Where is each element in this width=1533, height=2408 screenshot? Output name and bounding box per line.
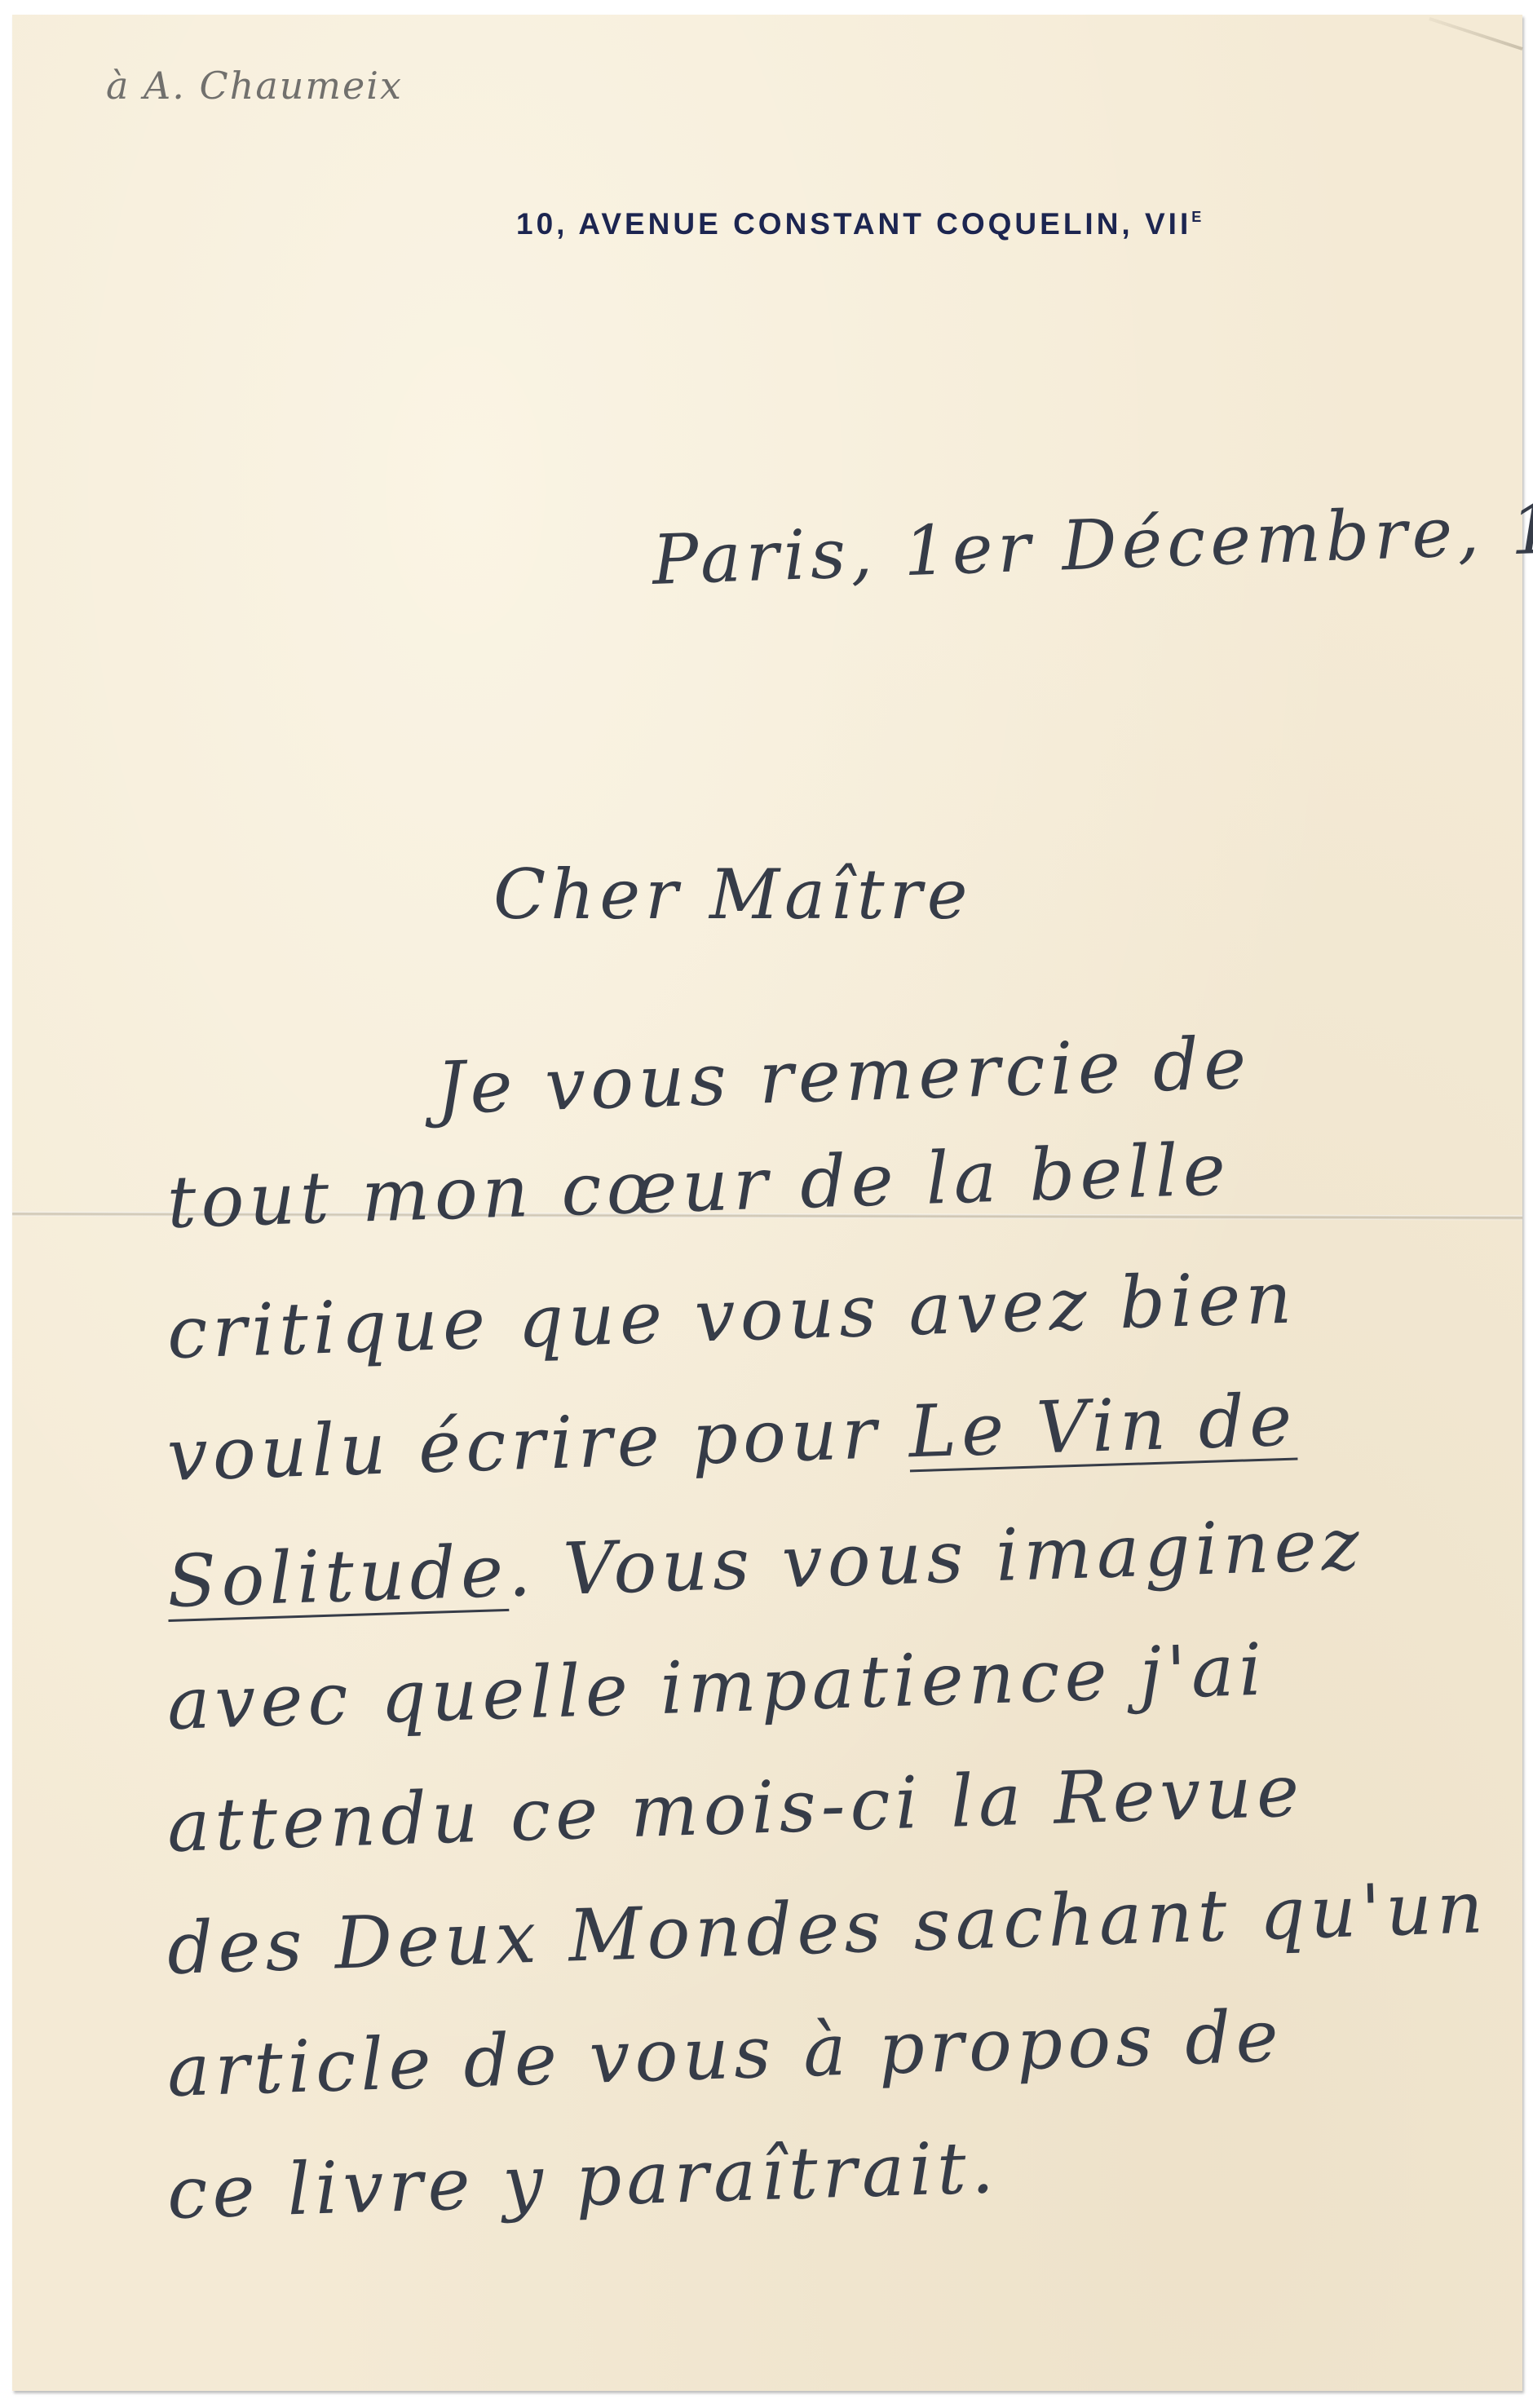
- body-line-8: des Deux Mondes sachant qu'un: [166, 1865, 1489, 1990]
- corner-crease: [1429, 17, 1522, 51]
- body-line-6: avec quelle impatience j'ai: [166, 1628, 1268, 1746]
- pencil-annotation: à A. Chaumeix: [106, 64, 403, 108]
- dateline: Paris, 1er Décembre, 1935: [651, 484, 1533, 600]
- letter-paper: à A. Chaumeix 10, AVENUE CONSTANT COQUEL…: [12, 15, 1522, 2391]
- body-line-7: attendu ce mois-ci la Revue: [166, 1748, 1305, 1868]
- body-line-9: article de vous à propos de: [166, 1994, 1284, 2113]
- letterhead-superscript: E: [1191, 209, 1201, 225]
- body-line-4: voulu écrire pour Le Vin de: [166, 1378, 1297, 1497]
- body-line-2: tout mon cœur de la belle: [166, 1127, 1231, 1244]
- body-line-5-text: . Vous vous imaginez: [506, 1502, 1365, 1613]
- body-line-4-text: voulu écrire pour: [166, 1391, 882, 1497]
- letterhead-address: 10, AVENUE CONSTANT COQUELIN, VIIE: [516, 207, 1201, 241]
- book-title-part1: Le Vin de: [908, 1378, 1298, 1474]
- body-line-1: Je vous remercie de: [435, 1021, 1252, 1130]
- salutation: Cher Maître: [493, 855, 973, 934]
- book-title-part2: Solitude: [166, 1529, 509, 1624]
- body-line-5: Solitude. Vous vous imaginez: [166, 1502, 1365, 1624]
- body-line-3: critique que vous avez bien: [166, 1256, 1297, 1375]
- body-line-10: ce livre y paraîtrait.: [166, 2125, 1000, 2235]
- letterhead-text: 10, AVENUE CONSTANT COQUELIN, VII: [516, 207, 1191, 241]
